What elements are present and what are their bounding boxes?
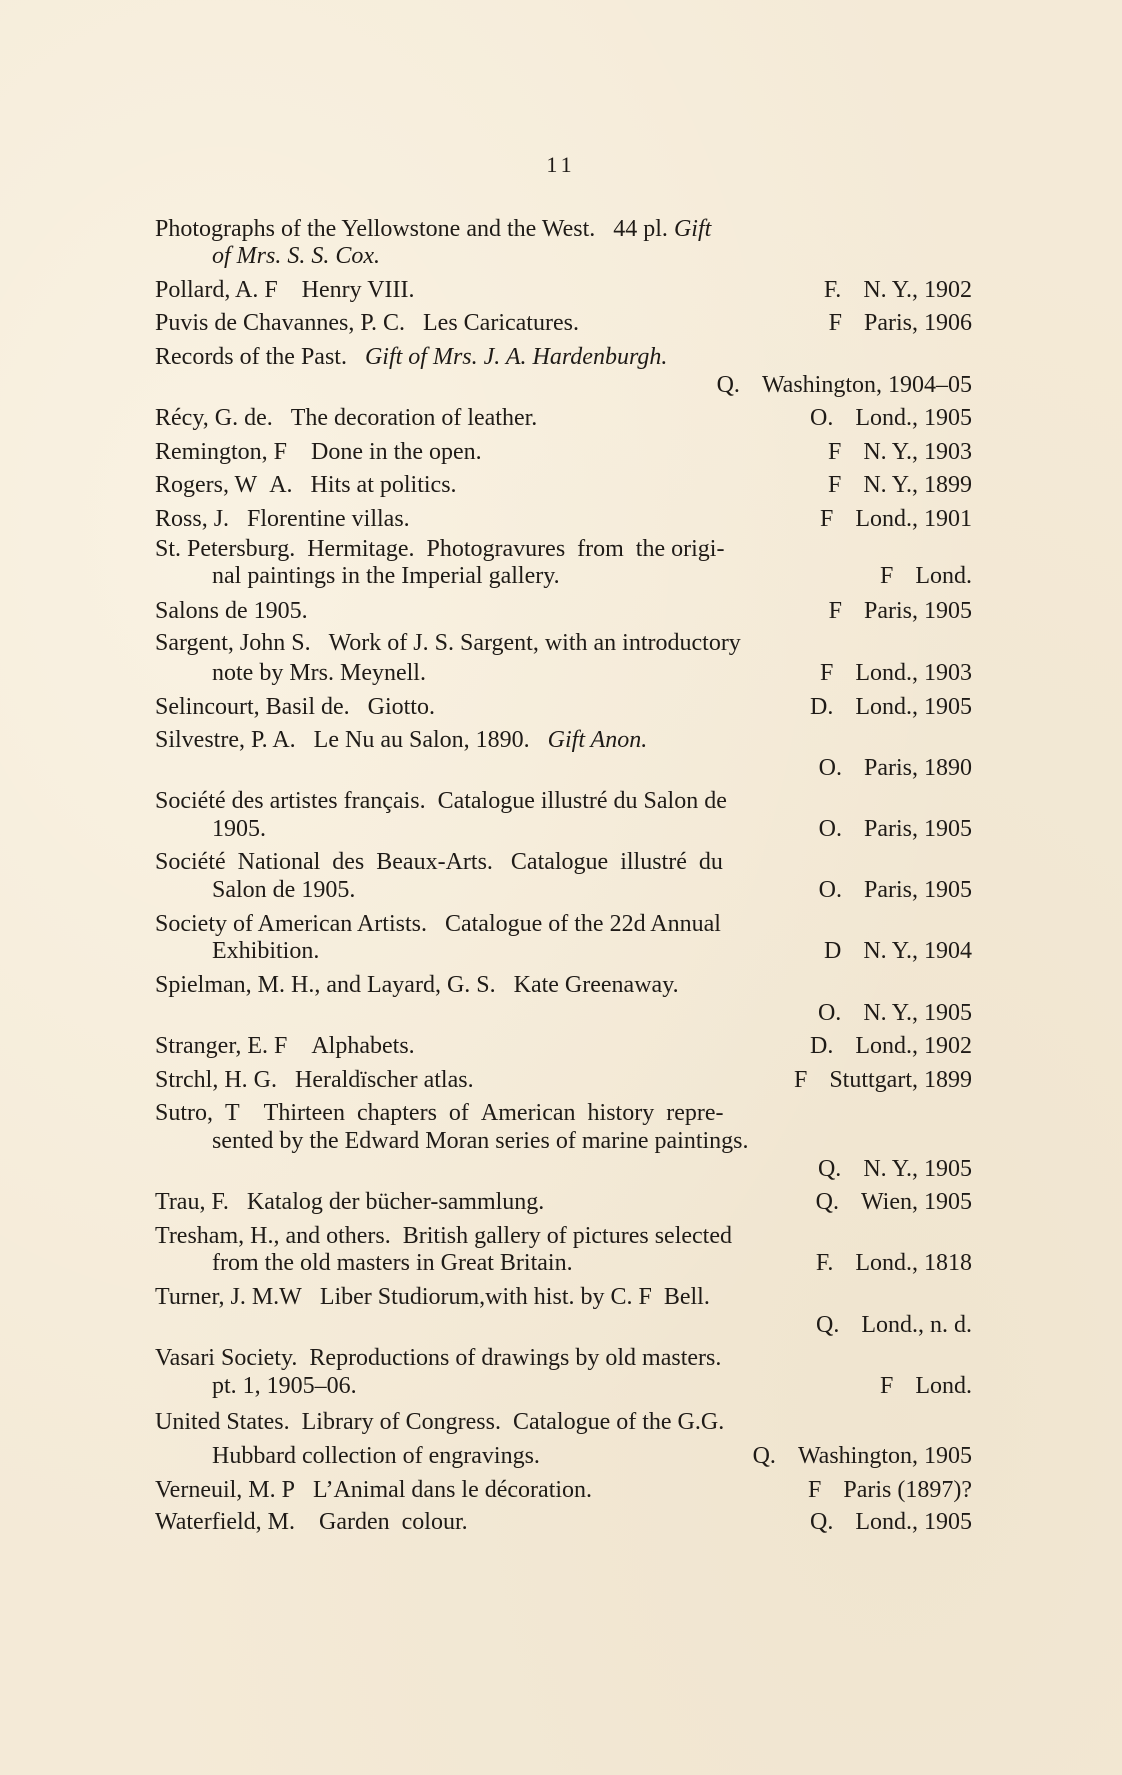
gift-note: Gift [674,216,711,242]
entry-silvestre: Silvestre, P. A. Le Nu au Salon, 1890. G… [155,726,972,754]
entry-text: Photographs of the Yellowstone and the W… [155,215,711,243]
entry-societe-national-continued: Salon de 1905.O.Paris, 1905 [212,876,972,904]
place-date: N. Y., 1904 [863,938,972,964]
entry-text: Rogers, W A. Hits at politics. [155,471,457,499]
entry-remington: Remington, F Done in the open.FN. Y., 19… [155,438,972,466]
entry-spielman: Spielman, M. H., and Layard, G. S. Kate … [155,971,972,999]
entry-text: Society of American Artists. Catalogue o… [155,910,721,938]
format-code: F [829,597,842,625]
entry-united-states-continued: Hubbard collection of engravings.Q.Washi… [212,1442,972,1470]
entry-strchl: Strchl, H. G. Heraldïscher atlas.FStuttg… [155,1066,972,1094]
entry-text: Société National des Beaux-Arts. Catalog… [155,848,723,876]
entry-records: Records of the Past. Gift of Mrs. J. A. … [155,343,972,371]
entry-society-american-continued: Exhibition.DN. Y., 1904 [212,937,972,965]
entry-verneuil: Verneuil, M. P L’Animal dans le décorati… [155,1476,972,1504]
place-date: N. Y., 1899 [863,472,972,498]
place-date: N. Y., 1905 [863,1156,972,1182]
imprint: Q.Lond., 1905 [810,1508,972,1536]
place-date: N. Y., 1903 [863,439,972,465]
entry-spielman-continued: O.N. Y., 1905 [212,999,972,1027]
entry-puvis: Puvis de Chavannes, P. C. Les Caricature… [155,309,972,337]
entry-text: Récy, G. de. The decoration of leather. [155,404,537,432]
place-date: Paris, 1905 [864,598,972,624]
imprint: F.Lond., 1818 [816,1249,972,1277]
page-number: 11 [0,152,1122,178]
imprint: FParis (1897)? [808,1476,972,1504]
entry-text: Sutro, T Thirteen chapters of American h… [155,1099,723,1127]
format-code: F [828,471,841,499]
imprint: FParis, 1906 [829,309,972,337]
imprint: FLond., 1901 [820,505,972,533]
entry-text: Sargent, John S. Work of J. S. Sargent, … [155,629,741,657]
entry-text: Société des artistes français. Catalogue… [155,787,727,815]
imprint: O.Lond., 1905 [810,404,972,432]
format-code: O. [810,404,833,432]
format-code: F [808,1476,821,1504]
format-code: F [828,438,841,466]
imprint: O.Paris, 1890 [819,754,972,782]
entry-text: pt. 1, 1905–06. [212,1372,357,1400]
entry-vasari: Vasari Society. Reproductions of drawing… [155,1344,972,1372]
format-code: O. [818,999,841,1027]
imprint: F.N. Y., 1902 [824,276,972,304]
format-code: Q. [717,371,740,399]
place-date: Lond., n. d. [861,1312,972,1338]
entry-sutro-continued: Q.N. Y., 1905 [212,1155,972,1183]
entry-st-petersburg: St. Petersburg. Hermitage. Photogravures… [155,535,972,563]
entry-stranger: Stranger, E. F Alphabets.D.Lond., 1902 [155,1032,972,1060]
imprint: O.Paris, 1905 [819,876,972,904]
entry-text: Strchl, H. G. Heraldïscher atlas. [155,1066,474,1094]
format-code: Q. [810,1508,833,1536]
entry-text: Puvis de Chavannes, P. C. Les Caricature… [155,309,579,337]
imprint: FLond. [880,562,972,590]
imprint: O.N. Y., 1905 [818,999,972,1027]
place-date: Paris, 1906 [864,310,972,336]
imprint: O.Paris, 1905 [819,815,972,843]
entry-turner: Turner, J. M.W Liber Studiorum,with hist… [155,1283,972,1311]
entry-pollard: Pollard, A. F Henry VIII.F.N. Y., 1902 [155,276,972,304]
place-date: Stuttgart, 1899 [829,1067,972,1093]
entry-text: Ross, J. Florentine villas. [155,505,410,533]
format-code: Q. [816,1311,839,1339]
entry-text: Pollard, A. F Henry VIII. [155,276,415,304]
imprint: D.Lond., 1902 [810,1032,972,1060]
format-code: F [820,659,833,687]
place-date: Lond. [915,1373,972,1399]
imprint: Q.N. Y., 1905 [818,1155,972,1183]
entry-text: Tresham, H., and others. British gallery… [155,1222,732,1250]
entry-sargent-continued: note by Mrs. Meynell.FLond., 1903 [212,659,972,687]
format-code: F [794,1066,807,1094]
format-code: Q. [753,1442,776,1470]
imprint: FLond., 1903 [820,659,972,687]
entry-silvestre-continued: O.Paris, 1890 [212,754,972,782]
format-code: D [824,937,841,965]
place-date: Lond., 1818 [855,1250,972,1276]
format-code: F. [824,276,841,304]
entry-united-states: United States. Library of Congress. Cata… [155,1408,972,1436]
place-date: Lond., 1905 [855,405,972,431]
entry-text: sented by the Edward Moran series of mar… [212,1127,749,1155]
format-code: F [880,562,893,590]
entry-text: St. Petersburg. Hermitage. Photogravures… [155,535,724,563]
format-code: F. [816,1249,833,1277]
entry-salons: Salons de 1905.FParis, 1905 [155,597,972,625]
entry-text: Exhibition. [212,937,319,965]
gift-note: Gift Anon. [548,727,648,753]
place-date: Paris, 1890 [864,755,972,781]
imprint: Q.Wien, 1905 [816,1188,972,1216]
format-code: F [829,309,842,337]
format-code: F [880,1372,893,1400]
entry-text: Hubbard collection of engravings. [212,1442,540,1470]
place-date: Paris, 1905 [864,877,972,903]
entry-st-petersburg-continued: nal paintings in the Imperial gallery.FL… [212,562,972,590]
entry-text: Vasari Society. Reproductions of drawing… [155,1344,721,1372]
format-code: D. [810,1032,833,1060]
entry-societe-artistes-continued: 1905.O.Paris, 1905 [212,815,972,843]
place-date: Lond., 1903 [855,660,972,686]
entry-tresham-continued: from the old masters in Great Britain.F.… [212,1249,972,1277]
entry-text: Salon de 1905. [212,876,355,904]
entry-records-continued: Q.Washington, 1904–05 [212,371,972,399]
entry-sargent: Sargent, John S. Work of J. S. Sargent, … [155,629,972,657]
entry-photographs-continued: of Mrs. S. S. Cox. [212,242,972,270]
place-date: Lond. [915,563,972,589]
entry-text: Remington, F Done in the open. [155,438,482,466]
place-date: Washington, 1904–05 [762,372,972,398]
entry-societe-artistes: Société des artistes français. Catalogue… [155,787,972,815]
place-date: Paris (1897)? [843,1477,972,1503]
entry-sutro: Sutro, T Thirteen chapters of American h… [155,1099,972,1127]
entry-text: from the old masters in Great Britain. [212,1249,573,1277]
place-date: Paris, 1905 [864,816,972,842]
entry-rogers: Rogers, W A. Hits at politics.FN. Y., 18… [155,471,972,499]
imprint: Q.Lond., n. d. [816,1311,972,1339]
gift-note: of Mrs. S. S. Cox. [212,243,380,269]
entry-waterfield: Waterfield, M. Garden colour.Q.Lond., 19… [155,1508,972,1536]
place-date: Lond., 1905 [855,694,972,720]
imprint: Q.Washington, 1904–05 [717,371,972,399]
imprint: FLond. [880,1372,972,1400]
entry-text: nal paintings in the Imperial gallery. [212,562,560,590]
entry-text: 1905. [212,815,266,843]
format-code: Q. [816,1188,839,1216]
place-date: N. Y., 1905 [863,1000,972,1026]
format-code: Q. [818,1155,841,1183]
entry-text: Silvestre, P. A. Le Nu au Salon, 1890. G… [155,726,647,754]
entry-text: Verneuil, M. P L’Animal dans le décorati… [155,1476,592,1504]
imprint: DN. Y., 1904 [824,937,972,965]
entry-selincourt: Selincourt, Basil de. Giotto.D.Lond., 19… [155,693,972,721]
imprint: FStuttgart, 1899 [794,1066,972,1094]
entry-society-american: Society of American Artists. Catalogue o… [155,910,972,938]
entry-societe-national: Société National des Beaux-Arts. Catalog… [155,848,972,876]
imprint: D.Lond., 1905 [810,693,972,721]
entry-ross: Ross, J. Florentine villas.FLond., 1901 [155,505,972,533]
format-code: O. [819,876,842,904]
place-date: N. Y., 1902 [863,277,972,303]
catalogue-page: 11 Photographs of the Yellowstone and th… [0,0,1122,1775]
imprint: FParis, 1905 [829,597,972,625]
entry-text: of Mrs. S. S. Cox. [212,242,380,270]
gift-note: Gift of Mrs. J. A. Hardenburgh. [365,344,667,370]
entry-text: Salons de 1905. [155,597,308,625]
place-date: Wien, 1905 [861,1189,972,1215]
entry-text: Stranger, E. F Alphabets. [155,1032,415,1060]
place-date: Washington, 1905 [798,1443,972,1469]
entry-trau: Trau, F. Katalog der bücher-sammlung.Q.W… [155,1188,972,1216]
place-date: Lond., 1902 [855,1033,972,1059]
entry-tresham: Tresham, H., and others. British gallery… [155,1222,972,1250]
entry-vasari-continued: pt. 1, 1905–06.FLond. [212,1372,972,1400]
entry-text: Trau, F. Katalog der bücher-sammlung. [155,1188,544,1216]
place-date: Lond., 1901 [855,506,972,532]
entry-text: United States. Library of Congress. Cata… [155,1408,724,1436]
entry-text: Turner, J. M.W Liber Studiorum,with hist… [155,1283,710,1311]
entry-text: note by Mrs. Meynell. [212,659,426,687]
entry-text: Records of the Past. Gift of Mrs. J. A. … [155,343,667,371]
format-code: F [820,505,833,533]
imprint: FN. Y., 1899 [828,471,972,499]
entry-photographs: Photographs of the Yellowstone and the W… [155,215,972,243]
format-code: D. [810,693,833,721]
entry-text: Selincourt, Basil de. Giotto. [155,693,435,721]
entry-text: Spielman, M. H., and Layard, G. S. Kate … [155,971,679,999]
place-date: Lond., 1905 [855,1509,972,1535]
imprint: Q.Washington, 1905 [753,1442,972,1470]
entry-recy: Récy, G. de. The decoration of leather.O… [155,404,972,432]
format-code: O. [819,815,842,843]
entry-sutro-continued: sented by the Edward Moran series of mar… [212,1127,972,1155]
entry-turner-continued: Q.Lond., n. d. [212,1311,972,1339]
entry-text: Waterfield, M. Garden colour. [155,1508,468,1536]
imprint: FN. Y., 1903 [828,438,972,466]
format-code: O. [819,754,842,782]
